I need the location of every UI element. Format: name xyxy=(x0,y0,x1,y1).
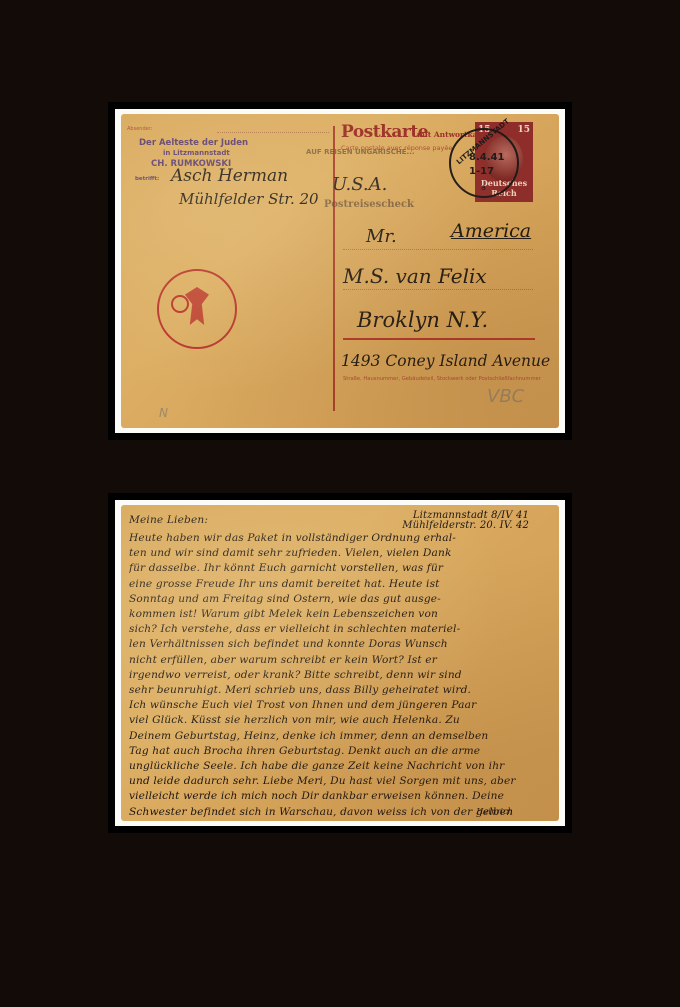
letter-line: viel Glück. Küsst sie herzlich von mir, … xyxy=(129,713,553,728)
place-date-line2: Mühlfelderstr. 20. IV. 42 xyxy=(402,521,529,531)
letter-line: Hausnichte, welche ich unlängst getroffe… xyxy=(129,820,553,821)
pencil-note-2: N xyxy=(159,406,168,420)
postmark: LITZMANNSTADT 8.4.41 1-17 a xyxy=(449,128,519,198)
letter-line: für dasselbe. Ihr könnt Euch garnicht vo… xyxy=(129,561,553,576)
sender-street: Mühlfelder Str. 20 xyxy=(179,190,319,208)
letter-line: sehr beunruhigt. Meri schrieb uns, dass … xyxy=(129,683,553,698)
card-subtitle-fr: Carte postale avec réponse payée xyxy=(341,144,452,152)
sender-line xyxy=(217,132,329,133)
letter-line: Sonntag und am Freitag sind Ostern, wie … xyxy=(129,592,553,607)
letter-line: Deinem Geburtstag, Heinz, denke ich imme… xyxy=(129,729,553,744)
letter-signature: Heinrich xyxy=(476,804,513,819)
postcard-front: Absender: Der Aelteste der Juden in Litz… xyxy=(121,114,559,428)
letter-line: Heute haben wir das Paket in vollständig… xyxy=(129,531,553,546)
letter-line: nicht erfüllen, aber warum schreibt er k… xyxy=(129,653,553,668)
postcard-front-mat: Absender: Der Aelteste der Juden in Litz… xyxy=(115,109,565,433)
card-title: Postkarte xyxy=(341,122,428,142)
street-caption: Straße, Hausnummer, Gebäudeteil, Stockwe… xyxy=(343,376,541,382)
letter-body: Heute haben wir das Paket in vollständig… xyxy=(129,531,553,821)
letter-line: und leide dadurch sehr. Liebe Meri, Du h… xyxy=(129,774,553,789)
slogan-bottom-text: Postreisescheck xyxy=(324,199,414,210)
slogan-handwritten: U.S.A. xyxy=(332,174,387,195)
letter-line: kommen ist! Warum gibt Melek kein Lebens… xyxy=(129,607,553,622)
letter-place-date: Litzmannstadt 8/IV 41 Mühlfelderstr. 20.… xyxy=(402,511,529,531)
letter-line: ten und wir sind damit sehr zufrieden. V… xyxy=(129,546,553,561)
sender-stamp-betrifft: betrifft: xyxy=(135,176,159,182)
sender-stamp-line2: in Litzmannstadt xyxy=(163,149,230,157)
recipient-salutation: Mr. xyxy=(366,226,397,247)
recipient-country: America xyxy=(451,220,531,242)
letter-header: Meine Lieben: Litzmannstadt 8/IV 41 Mühl… xyxy=(129,511,553,531)
postcard-front-frame: Absender: Der Aelteste der Juden in Litz… xyxy=(108,102,572,440)
sender-label: Absender: xyxy=(127,126,152,132)
letter-line: Ich wünsche Euch viel Trost von Ihnen un… xyxy=(129,698,553,713)
letter-line: irgendwo verreist, oder krank? Bitte sch… xyxy=(129,668,553,683)
letter-line: sich? Ich verstehe, dass er vielleicht i… xyxy=(129,622,553,637)
recipient-street: 1493 Coney Island Avenue xyxy=(341,352,550,370)
indicia-value-right: 15 xyxy=(517,125,530,135)
pencil-note-1: VBC xyxy=(487,386,524,407)
sender-name: Asch Herman xyxy=(171,166,288,186)
postcard-back-mat: Meine Lieben: Litzmannstadt 8/IV 41 Mühl… xyxy=(115,500,565,826)
sender-stamp-line1: Der Aelteste der Juden xyxy=(139,138,248,148)
postcard-back-frame: Meine Lieben: Litzmannstadt 8/IV 41 Mühl… xyxy=(108,493,572,833)
letter-line: len Verhältnissen sich befindet und konn… xyxy=(129,637,553,652)
letter-line: Tag hat auch Brocha ihren Geburtstag. De… xyxy=(129,744,553,759)
letter-line: vielleicht werde ich mich noch Dir dankb… xyxy=(129,789,553,804)
recipient-city: Broklyn N.Y. xyxy=(357,308,488,332)
censor-stamp xyxy=(157,269,237,349)
letter-greeting: Meine Lieben: xyxy=(129,511,208,531)
machine-cancel-slogan: AUF REISEN UNGARISCHE... U.S.A. Postreis… xyxy=(306,148,416,212)
city-underline xyxy=(343,338,535,340)
address-line-1 xyxy=(343,249,533,250)
postcard-back: Meine Lieben: Litzmannstadt 8/IV 41 Mühl… xyxy=(121,505,559,821)
letter-line: eine grosse Freude Ihr uns damit bereite… xyxy=(129,577,553,592)
censor-seal-icon xyxy=(171,295,189,313)
postmark-letter: a xyxy=(481,183,486,192)
address-line-2 xyxy=(343,289,533,290)
handwritten-letter: Meine Lieben: Litzmannstadt 8/IV 41 Mühl… xyxy=(129,511,553,817)
postmark-time: 1-17 xyxy=(469,166,494,177)
letter-line: unglückliche Seele. Ich habe die ganze Z… xyxy=(129,759,553,774)
recipient-name: M.S. van Felix xyxy=(343,264,487,288)
postmark-date: 8.4.41 xyxy=(469,152,504,163)
